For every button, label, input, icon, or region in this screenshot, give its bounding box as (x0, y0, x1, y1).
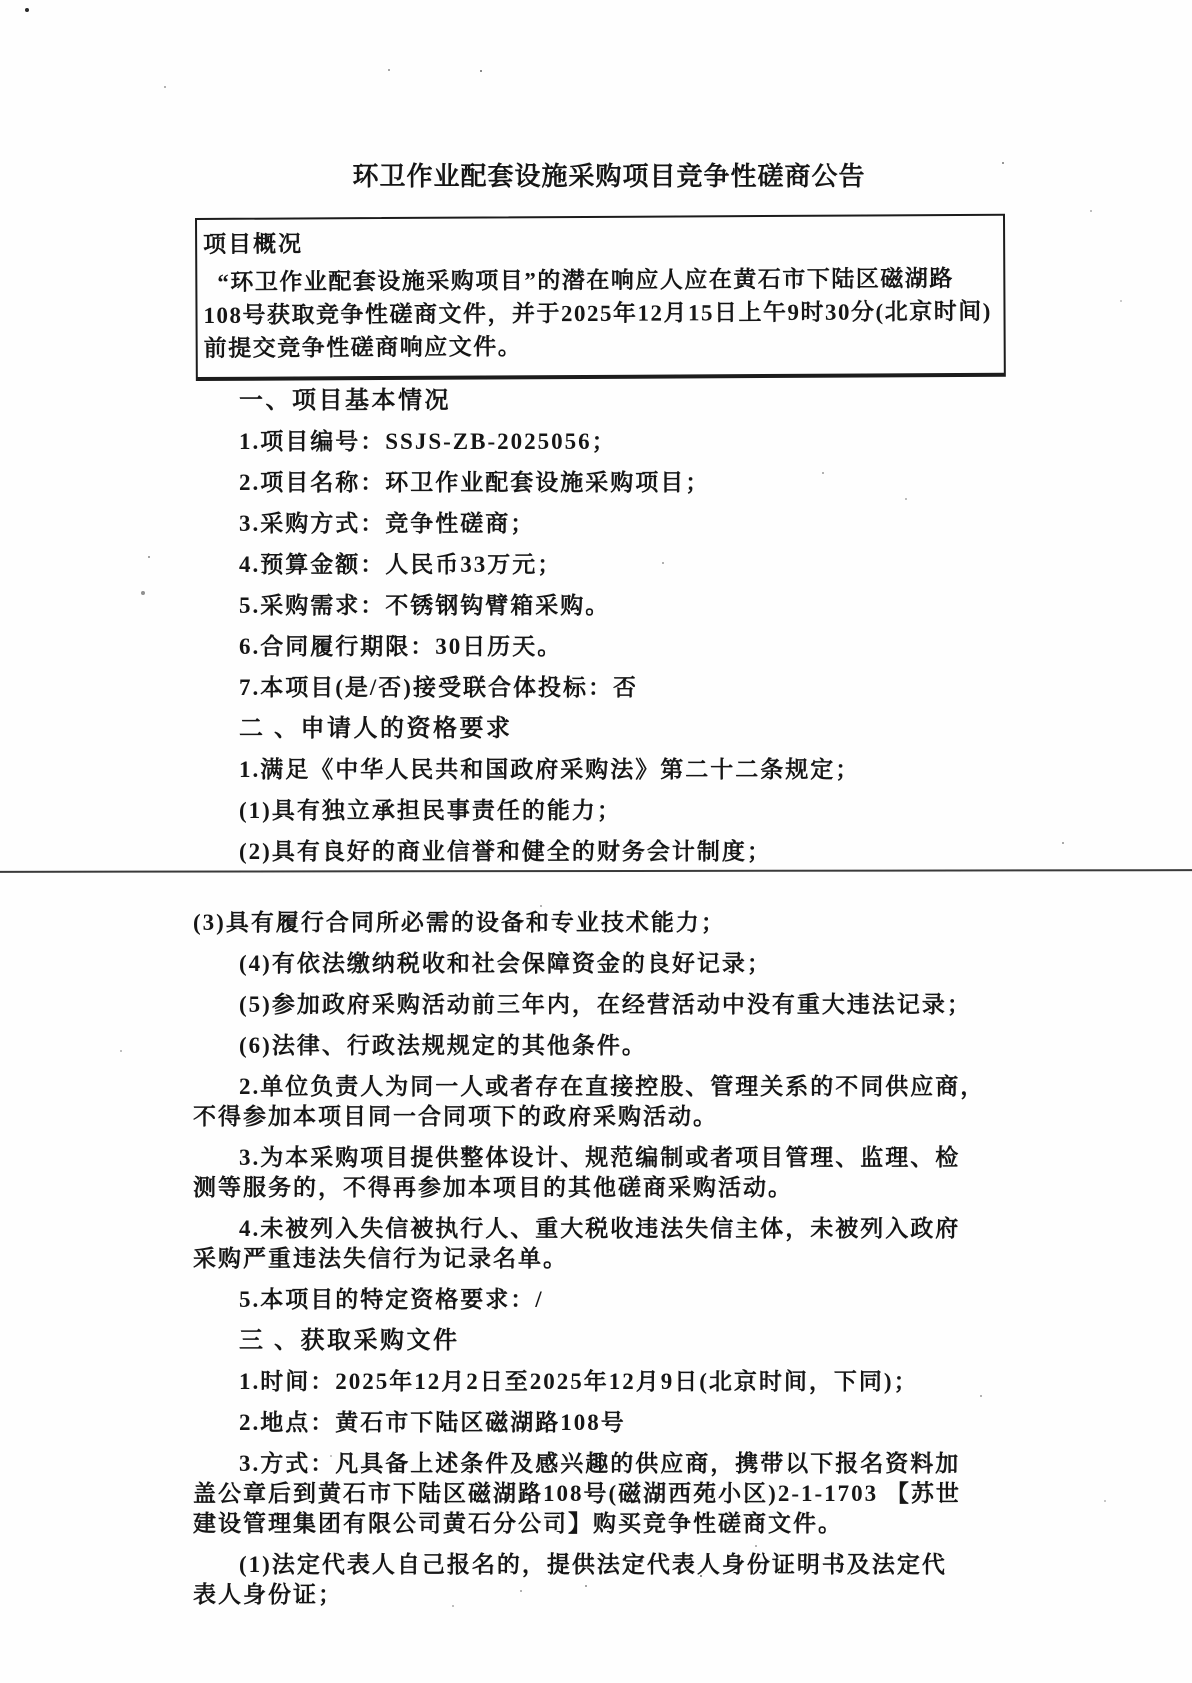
list-item: (4)有依法缴纳税收和社会保障资金的良好记录； (193, 949, 1017, 979)
list-item: 6.合同履行期限：30日历天。 (193, 632, 1017, 662)
list-item: 5.采购需求：不锈钢钩臂箱采购。 (193, 591, 1017, 621)
section-qualifications: 二 、申请人的资格要求 1.满足《中华人民共和国政府采购法》第二十二条规定； (… (193, 714, 1017, 1315)
list-item: 4.未被列入失信被执行人、重大税收违法失信主体，未被列入政府 采购严重违法失信行… (193, 1214, 1017, 1274)
section-heading: 二 、申请人的资格要求 (193, 714, 1017, 744)
list-item: 4.预算金额：人民币33万元； (193, 550, 1017, 580)
overview-label: 项目概况 (203, 226, 995, 260)
list-item: (2)具有良好的商业信誉和健全的财务会计制度； (193, 837, 1017, 867)
list-item: 1.项目编号：SSJS-ZB-2025056； (193, 427, 1017, 457)
list-item: (6)法律、行政法规规定的其他条件。 (193, 1031, 1017, 1061)
overview-text: “环卫作业配套设施采购项目”的潜在响应人应在黄石市下陆区磁湖路 108号获取竞争… (203, 262, 996, 365)
list-item: (1)具有独立承担民事责任的能力； (193, 796, 1017, 826)
list-item: 7.本项目(是/否)接受联合体投标：否 (193, 673, 1017, 703)
section-basic-info: 一、项目基本情况 1.项目编号：SSJS-ZB-2025056； 2.项目名称：… (193, 386, 1017, 703)
page-title: 环卫作业配套设施采购项目竞争性磋商公告 (0, 156, 1192, 193)
list-item: 2.单位负责人为同一人或者存在直接控股、管理关系的不同供应商， 不得参加本项目同… (193, 1072, 1017, 1132)
list-item: 1.满足《中华人民共和国政府采购法》第二十二条规定； (193, 755, 1017, 785)
section-heading: 一、项目基本情况 (193, 386, 1017, 416)
list-item: (3)具有履行合同所必需的设备和专业技术能力； (193, 878, 1017, 938)
list-item: 5.本项目的特定资格要求：/ (193, 1285, 1017, 1315)
list-item: 3.方式：凡具备上述条件及感兴趣的供应商，携带以下报名资料加 盖公章后到黄石市下… (193, 1449, 1017, 1539)
scanned-document-page: 环卫作业配套设施采购项目竞争性磋商公告 项目概况 “环卫作业配套设施采购项目”的… (0, 0, 1192, 1683)
document-body: 一、项目基本情况 1.项目编号：SSJS-ZB-2025056； 2.项目名称：… (193, 386, 1017, 1621)
list-item: (5)参加政府采购活动前三年内，在经营活动中没有重大违法记录； (193, 990, 1017, 1020)
list-item: 1.时间：2025年12月2日至2025年12月9日(北京时间，下同)； (193, 1367, 1017, 1397)
list-item-text: (3)具有履行合同所必需的设备和专业技术能力； (193, 910, 726, 935)
section-obtain-documents: 三 、获取采购文件 1.时间：2025年12月2日至2025年12月9日(北京时… (193, 1326, 1017, 1610)
scan-line-artifact (0, 869, 1192, 873)
overview-box: 项目概况 “环卫作业配套设施采购项目”的潜在响应人应在黄石市下陆区磁湖路 108… (195, 214, 1006, 381)
scan-noise (0, 0, 2, 2)
section-heading: 三 、获取采购文件 (193, 1326, 1017, 1356)
list-item: 3.为本采购项目提供整体设计、规范编制或者项目管理、监理、检 测等服务的，不得再… (193, 1143, 1017, 1203)
list-item: 3.采购方式：竞争性磋商； (193, 509, 1017, 539)
list-item: 2.地点：黄石市下陆区磁湖路108号 (193, 1408, 1017, 1438)
list-item: 2.项目名称：环卫作业配套设施采购项目； (193, 468, 1017, 498)
list-item: (1)法定代表人自己报名的，提供法定代表人身份证明书及法定代 表人身份证； (193, 1550, 1017, 1610)
